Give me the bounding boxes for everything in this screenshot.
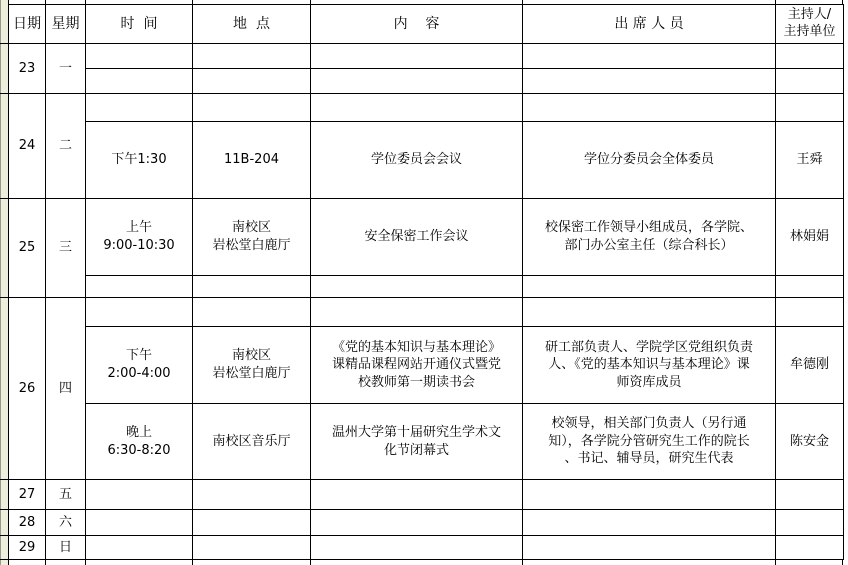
row-29: 29 日	[9, 536, 844, 560]
cell-time: 上午 9:00-10:30	[86, 199, 193, 276]
cell-attendees: 研工部负责人、学院学区党组织负责 人、《党的基本知识与基本理论》课 师资库成员	[523, 327, 776, 404]
cell-place	[193, 276, 311, 298]
cell-content: 安全保密工作会议	[311, 199, 523, 276]
left-edge-gridline	[0, 0, 1, 565]
row-24-1: 24 二	[9, 94, 844, 122]
cell-time	[86, 276, 193, 298]
cell-attendees	[523, 69, 776, 94]
cell-weekday-25: 三	[46, 199, 86, 298]
cell-host: 陈安金	[776, 404, 844, 480]
cell-time: 下午 2:00-4:00	[86, 327, 193, 404]
cell-attendees: 校领导，相关部门负责人（另行通 知），各学院分管研究生工作的院长 、书记、辅导员…	[523, 404, 776, 480]
cell-attendees	[523, 480, 776, 510]
header-row: 日期 星期 时 间 地 点 内 容 出 席 人 员 主持人/ 主持单位	[9, 5, 844, 44]
row-26-1: 26 四	[9, 298, 844, 327]
cell-date-23: 23	[9, 44, 46, 94]
cell-time: 晚上 6:30-8:20	[86, 404, 193, 480]
cell-weekday-26: 四	[46, 298, 86, 480]
row-26-2: 下午 2:00-4:00 南校区 岩松堂白鹿厅 《党的基本知识与基本理论》 课精…	[9, 327, 844, 404]
cell-place: 南校区 岩松堂白鹿厅	[193, 199, 311, 276]
cell-weekday-29: 日	[46, 536, 86, 560]
cell-attendees: 校保密工作领导小组成员，各学院、 部门办公室主任（综合科长）	[523, 199, 776, 276]
cell-time	[86, 510, 193, 536]
cell-host	[776, 298, 844, 327]
gridline-stub	[0, 509, 8, 510]
cell-content	[311, 276, 523, 298]
cell-place	[193, 298, 311, 327]
header-place: 地 点	[193, 5, 311, 44]
cell-time	[86, 480, 193, 510]
cell-host	[776, 480, 844, 510]
cell-date-29: 29	[9, 536, 46, 560]
header-content: 内 容	[311, 5, 523, 44]
cell-time	[86, 298, 193, 327]
schedule-screenshot: 日期 星期 时 间 地 点 内 容 出 席 人 员 主持人/ 主持单位 23 一	[0, 0, 848, 565]
cell-time	[86, 69, 193, 94]
cell-place	[193, 44, 311, 69]
cell-host: 林娟娟	[776, 199, 844, 276]
cell-place: 11B-204	[193, 122, 311, 199]
cell-content	[311, 510, 523, 536]
cell-content	[311, 69, 523, 94]
cell-place	[193, 480, 311, 510]
header-host: 主持人/ 主持单位	[776, 5, 844, 44]
cell-content: 学位委员会会议	[311, 122, 523, 199]
row-23-2	[9, 69, 844, 94]
cell-place	[193, 94, 311, 122]
gridline-stub	[0, 559, 8, 560]
row-24-2: 下午1:30 11B-204 学位委员会会议 学位分委员会全体委员 王舜	[9, 122, 844, 199]
row-28: 28 六	[9, 510, 844, 536]
cell-content	[311, 298, 523, 327]
cell-place	[193, 69, 311, 94]
cell-attendees	[523, 298, 776, 327]
gridline-stub	[0, 43, 8, 44]
cell-date-25: 25	[9, 199, 46, 298]
cell-host	[776, 536, 844, 560]
header-attendees: 出 席 人 员	[523, 5, 776, 44]
header-date: 日期	[9, 5, 46, 44]
cell-host	[776, 276, 844, 298]
cell-date-24: 24	[9, 94, 46, 199]
row-23-1: 23 一	[9, 44, 844, 69]
meeting-schedule-table: 日期 星期 时 间 地 点 内 容 出 席 人 员 主持人/ 主持单位 23 一	[8, 4, 844, 560]
row-26-3: 晚上 6:30-8:20 南校区音乐厅 温州大学第十届研究生学术文 化节闭幕式 …	[9, 404, 844, 480]
cell-time	[86, 536, 193, 560]
cell-host	[776, 69, 844, 94]
cell-weekday-24: 二	[46, 94, 86, 199]
cell-content: 温州大学第十届研究生学术文 化节闭幕式	[311, 404, 523, 480]
row-25-2	[9, 276, 844, 298]
cell-place: 南校区 岩松堂白鹿厅	[193, 327, 311, 404]
cell-attendees	[523, 536, 776, 560]
cell-time	[86, 44, 193, 69]
cell-content	[311, 44, 523, 69]
header-weekday: 星期	[46, 5, 86, 44]
cell-attendees	[523, 276, 776, 298]
cell-content	[311, 480, 523, 510]
gridline-stub	[0, 93, 8, 94]
gridline-stub	[0, 479, 8, 480]
cell-content: 《党的基本知识与基本理论》 课精品课程网站开通仪式暨党 校教师第一期读书会	[311, 327, 523, 404]
page-margin-strip	[0, 0, 8, 565]
cell-time	[86, 94, 193, 122]
cell-host: 王舜	[776, 122, 844, 199]
row-25-1: 25 三 上午 9:00-10:30 南校区 岩松堂白鹿厅 安全保密工作会议 校…	[9, 199, 844, 276]
gridline-stub	[0, 535, 8, 536]
cell-attendees	[523, 510, 776, 536]
cell-host	[776, 94, 844, 122]
cell-date-27: 27	[9, 480, 46, 510]
cell-attendees: 学位分委员会全体委员	[523, 122, 776, 199]
cell-time: 下午1:30	[86, 122, 193, 199]
header-time: 时 间	[86, 5, 193, 44]
cell-date-28: 28	[9, 510, 46, 536]
cell-host: 牟德刚	[776, 327, 844, 404]
cell-place	[193, 536, 311, 560]
cell-content	[311, 94, 523, 122]
cell-place	[193, 510, 311, 536]
gridline-stub	[0, 198, 8, 199]
cell-weekday-27: 五	[46, 480, 86, 510]
cell-attendees	[523, 94, 776, 122]
cell-content	[311, 536, 523, 560]
cell-weekday-23: 一	[46, 44, 86, 94]
cell-date-26: 26	[9, 298, 46, 480]
cell-weekday-28: 六	[46, 510, 86, 536]
gridline-stub	[0, 297, 8, 298]
cell-place: 南校区音乐厅	[193, 404, 311, 480]
cell-host	[776, 44, 844, 69]
cell-attendees	[523, 44, 776, 69]
cell-host	[776, 510, 844, 536]
row-27: 27 五	[9, 480, 844, 510]
